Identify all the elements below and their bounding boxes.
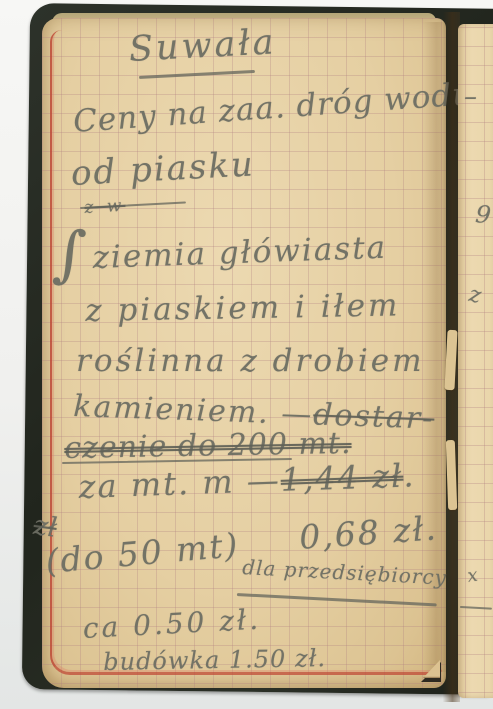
handwriting-title: Suwała: [128, 22, 277, 70]
right-page-mark-dash: –: [464, 82, 477, 112]
handwriting-strike-144: 1,44 zł: [280, 457, 404, 499]
handwriting-line-budowka: budówka 1.50 zł.: [103, 644, 326, 676]
handwriting-za-mt-text: za mt. m —: [78, 461, 281, 506]
facing-page: [458, 24, 493, 698]
handwriting-strike-zl: zł: [32, 510, 59, 544]
handwriting-line-z-piaskiem: z piaskiem i iłem: [85, 288, 401, 329]
right-page-mark-nine: 9: [474, 200, 492, 229]
handwriting-line-roslinna: roślinna z drobiem: [76, 343, 425, 379]
notebook-scan: Suwała Ceny na zaa. dróg wodu od piasku …: [0, 0, 493, 709]
facing-page-grid: [458, 24, 493, 698]
handwriting-after-144: .: [403, 456, 416, 494]
handwriting-margin-stroke: ∫: [51, 216, 88, 291]
